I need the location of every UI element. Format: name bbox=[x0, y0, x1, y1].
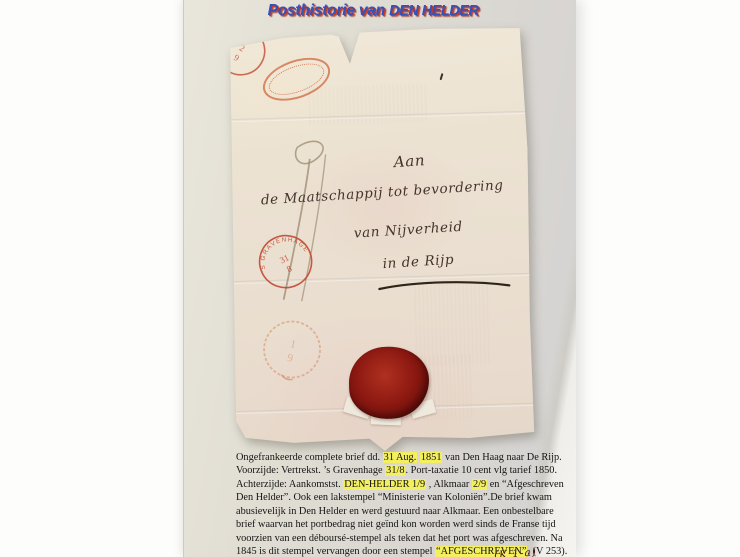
den-helder-faint-datestamp-icon: 1 9 bbox=[253, 310, 332, 389]
helder-stamp-month: 9 bbox=[286, 352, 294, 365]
caption-segment: brief waarvan het portbedrag niet geïnd … bbox=[236, 519, 556, 530]
page-title-script: Posthistorie van bbox=[268, 2, 385, 19]
caption-line: brief waarvan het portbedrag niet geïnd … bbox=[236, 518, 566, 531]
caption-text: Ongefrankeerde complete brief dd. 31 Aug… bbox=[236, 451, 566, 557]
caption-segment: , Alkmaar bbox=[426, 479, 472, 490]
corner-stamp-day: 2 bbox=[238, 43, 247, 54]
ink-speck bbox=[440, 73, 444, 80]
caption-highlight: DEN-HELDER 1/9 bbox=[343, 479, 426, 490]
caption-segment: 1845 is dit stempel vervangen door een s… bbox=[236, 546, 435, 557]
caption-line: voorzien van een déboursé-stempel als te… bbox=[236, 532, 566, 545]
caption-segment: abusievelijk in Den Helder en werd gestu… bbox=[236, 506, 554, 517]
svg-text:'S GRAVENHAGE: 'S GRAVENHAGE bbox=[250, 227, 310, 275]
page-title: Posthistorie van DEN HELDER bbox=[184, 2, 562, 20]
caption-segment: voorzien van een déboursé-stempel als te… bbox=[236, 533, 563, 544]
photo-of-album-page: Posthistorie van DEN HELDER 1851 ALKM 2 bbox=[0, 0, 740, 557]
caption-segment: Den Helder”. Ook een lakstempel “Ministe… bbox=[236, 492, 552, 503]
helder-stamp-day: 1 bbox=[289, 338, 297, 351]
caption-line: Ongefrankeerde complete brief dd. 31 Aug… bbox=[236, 451, 566, 464]
caption-line: Voorzijde: Vertrekst. ’s Gravenhage 31/8… bbox=[236, 464, 566, 477]
caption-line: Achterzijde: Aankomstst. DEN-HELDER 1/9 … bbox=[236, 478, 566, 491]
address-line-rijp: in de Rijp bbox=[382, 252, 454, 272]
caption-segment: Ongefrankeerde complete brief dd. bbox=[236, 452, 383, 463]
page-title-caps: DEN HELDER bbox=[389, 3, 478, 19]
letter-cover: ALKM 2 9 10 Aan de Maatschappij tot bevo… bbox=[222, 23, 536, 455]
caption-segment: en “Afgeschreven bbox=[487, 479, 564, 490]
caption-highlight: 31 Aug. bbox=[383, 452, 418, 463]
corner-stamp-month: 9 bbox=[232, 52, 241, 63]
address-underline-flourish bbox=[377, 277, 513, 293]
caption-line: Den Helder”. Ook een lakstempel “Ministe… bbox=[236, 491, 566, 504]
address-line-aan: Aan bbox=[393, 151, 425, 171]
caption-segment: van Den Haag naar De Rijp. bbox=[442, 452, 561, 463]
caption-segment: Achterzijde: Aankomstst. bbox=[236, 479, 343, 490]
gravenhage-stamp-month: 8 bbox=[285, 263, 294, 274]
caption-highlight: 2/9 bbox=[472, 479, 487, 490]
bleedthrough-texture bbox=[309, 84, 430, 125]
address-line-nijverheid: van Nijverheid bbox=[353, 219, 463, 242]
caption-highlight: 31/8 bbox=[385, 465, 405, 476]
gravenhage-stamp-arc-text: 'S GRAVENHAGE bbox=[250, 227, 310, 275]
letter-cover-wrap: ALKM 2 9 10 Aan de Maatschappij tot bevo… bbox=[228, 27, 530, 451]
caption-segment: Voorzijde: Vertrekst. ’s Gravenhage bbox=[236, 465, 385, 476]
caption-line: abusievelijk in Den Helder en werd gestu… bbox=[236, 505, 566, 518]
caption-segment: . Port-taxatie 10 cent vlg tarief 1850. bbox=[405, 465, 557, 476]
caption-highlight: 1851 bbox=[420, 452, 443, 463]
bleedthrough-texture bbox=[414, 279, 491, 366]
